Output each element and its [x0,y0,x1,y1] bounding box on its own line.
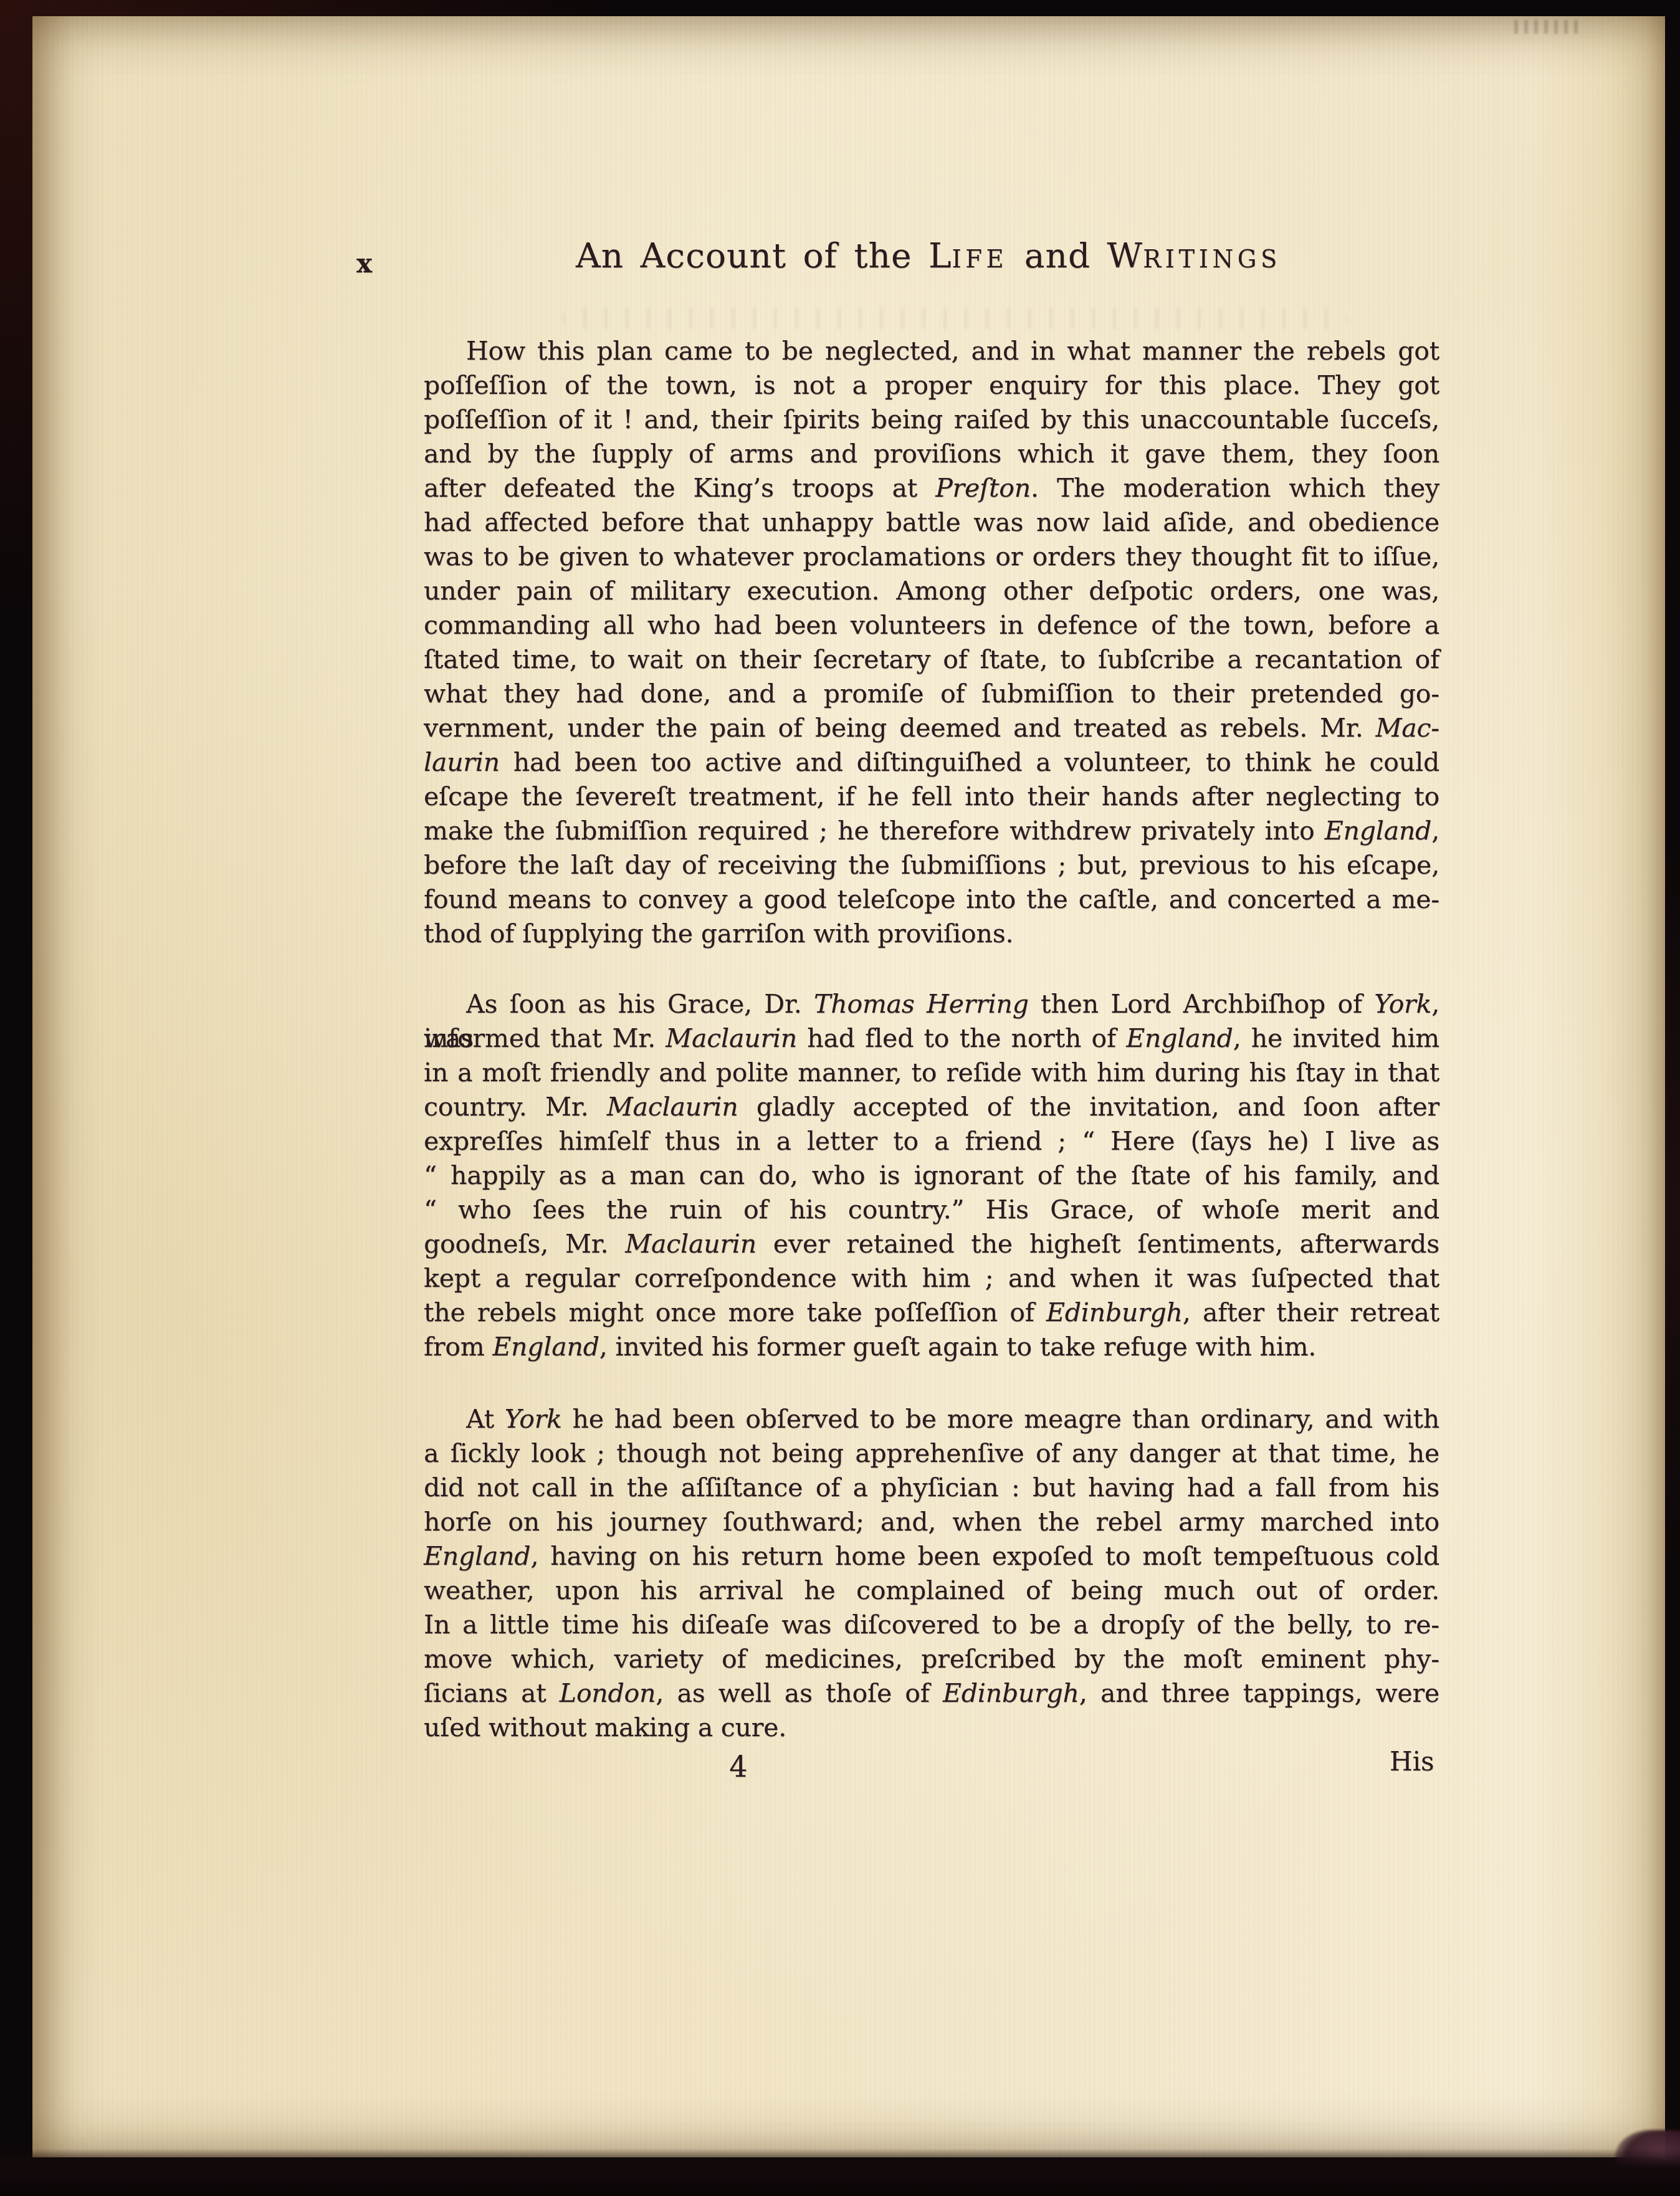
italic-run: England [492,1332,599,1362]
text-line: As ſoon as his Grace, Dr. Thomas Herring… [424,987,1439,1021]
text-run: found means to convey a good teleſcope i… [424,884,1439,914]
binding-corner-blotch [1615,2130,1680,2189]
text-run: had affected before that unhappy battle … [424,507,1439,537]
text-run: “ who ſees the ruin of his country.” His… [424,1195,1439,1225]
text-run: , as well as thoſe of [656,1678,943,1708]
text-run: then Lord Archbiſhop of [1029,989,1375,1019]
text-line: had affected before that unhappy battle … [424,505,1439,540]
smallcaps-run: RITINGS [1143,246,1281,274]
text-line: a ſickly look ; though not being apprehe… [424,1436,1439,1471]
text-line: and by the ſupply of arms and proviſions… [424,437,1439,471]
ink-ghosting [562,308,1347,329]
text-line: the rebels might once more take poſſeſſi… [424,1296,1439,1330]
italic-run: Maclaurin [625,1229,756,1259]
text-line: England, having on his return home been … [424,1539,1439,1573]
text-line: found means to convey a good teleſcope i… [424,882,1439,917]
text-line: country. Mr. Maclaurin gladly accepted o… [424,1090,1439,1124]
text-run: before the laſt day of receiving the ſub… [424,850,1439,880]
text-line: uſed without making a cure. [424,1711,1439,1745]
text-run: weather, upon his arrival he complained … [424,1575,1439,1605]
text-run: , [1431,816,1439,846]
smallcaps-run: IFE [952,246,1008,274]
text-line: commanding all who had been volunteers i… [424,608,1439,642]
text-run: move which, variety of medicines, preſcr… [424,1644,1439,1674]
text-line: did not call in the aſſiſtance of a phyſ… [424,1471,1439,1505]
text-run: he had been obſerved to be more meagre t… [562,1404,1439,1434]
text-run: , and three tappings, were [1079,1678,1439,1708]
text-run: , he invited him [1233,1023,1439,1053]
text-run: uſed without making a cure. [424,1712,786,1742]
italic-run: England [1126,1023,1233,1053]
text-run: How this plan came to be neglected, and … [466,336,1439,366]
text-run: goodneſs, Mr. [424,1229,625,1259]
text-line: eſcape the ſevereſt treatment, if he fel… [424,780,1439,814]
text-line: what they had done, and a promiſe of ſub… [424,677,1439,711]
text-run: and [1008,236,1107,275]
catchword: His [1390,1746,1434,1777]
paragraph: As ſoon as his Grace, Dr. Thomas Herring… [424,987,1439,1364]
text-run: the rebels might once more take poſſeſſi… [424,1297,1046,1327]
running-title: An Account of the LIFE and WRITINGS [576,236,1281,275]
text-line: vernment, under the pain of being deemed… [424,711,1439,745]
text-run: did not call in the aſſiſtance of a phyſ… [424,1473,1439,1502]
text-run: and by the ſupply of arms and proviſions… [424,439,1439,469]
italic-run: Preſton [935,473,1031,503]
italic-run: Mac- [1376,713,1439,743]
text-run: ſicians at [424,1678,560,1708]
text-run: In a little time his diſeaſe was diſcove… [424,1610,1439,1640]
text-run: after defeated the King’s troops at [424,473,935,503]
text-run: under pain of military execution. Among … [424,576,1439,606]
text-run: informed that Mr. [424,1023,666,1053]
text-run: in a moſt friendly and polite manner, to… [424,1057,1439,1087]
text-run: from [424,1332,492,1362]
text-run: L [928,236,952,275]
text-line: ſtated time, to wait on their ſecretary … [424,642,1439,677]
text-line: weather, upon his arrival he complained … [424,1573,1439,1608]
text-line: goodneſs, Mr. Maclaurin ever retained th… [424,1227,1439,1261]
text-line: before the laſt day of receiving the ſub… [424,848,1439,882]
scan-background: { "page": { "header": { "page_number": "… [0,0,1680,2196]
text-run: make the ſubmiſſion required ; he theref… [424,816,1325,846]
text-line: expreſſes himſelf thus in a letter to a … [424,1124,1439,1158]
italic-run: Maclaurin [607,1092,738,1122]
text-line: after defeated the King’s troops at Preſ… [424,471,1439,505]
text-run: , invited his former gueſt again to take… [599,1332,1316,1362]
text-line: At York he had been obſerved to be more … [424,1402,1439,1436]
text-run: expreſſes himſelf thus in a letter to a … [424,1126,1439,1156]
text-run: ever retained the higheſt ſentiments, af… [756,1229,1439,1259]
text-line: laurin had been too active and diſtingui… [424,745,1439,780]
text-run: country. Mr. [424,1092,607,1122]
text-run: had fled to the north of [797,1023,1126,1053]
text-line: In a little time his diſeaſe was diſcove… [424,1608,1439,1642]
text-run: As ſoon as his Grace, Dr. [466,989,814,1019]
italic-run: Edinburgh [1046,1297,1183,1327]
text-line: horſe on his journey ſouthward; and, whe… [424,1505,1439,1539]
text-run: vernment, under the pain of being deemed… [424,713,1376,743]
text-run: , after their retreat [1183,1297,1439,1327]
text-run: . The moderation which they [1031,473,1439,503]
italic-run: York [1374,989,1431,1019]
text-run: thod of ſupplying the garriſon with prov… [424,919,1013,948]
text-run: eſcape the ſevereſt treatment, if he fel… [424,781,1439,811]
text-line: from England, invited his former gueſt a… [424,1330,1439,1364]
text-run: At [466,1404,505,1434]
text-run: “ happily as a man can do, who is ignora… [424,1160,1439,1190]
text-run: poſſeſſion of the town, is not a proper … [424,370,1439,400]
italic-run: Thomas Herring [814,989,1029,1019]
text-run: ſtated time, to wait on their ſecretary … [424,644,1439,674]
text-line: in a moſt friendly and polite manner, to… [424,1056,1439,1090]
text-run: a ſickly look ; though not being apprehe… [424,1438,1439,1468]
page-number: 4 [710,1750,766,1783]
italic-run: laurin [424,747,500,777]
text-run: poſſeſſion of it ! and, their ſpirits be… [424,404,1439,434]
text-line: was to be given to whatever proclamation… [424,540,1439,574]
text-line: poſſeſſion of the town, is not a proper … [424,368,1439,403]
scan-smudge [1514,20,1583,34]
book-page: x An Account of the LIFE and WRITINGS Ho… [32,16,1665,2157]
text-line: make the ſubmiſſion required ; he theref… [424,814,1439,848]
text-line: kept a regular correſpondence with him ;… [424,1261,1439,1296]
text-line: thod of ſupplying the garriſon with prov… [424,917,1439,951]
text-run: , having on his return home been expoſed… [530,1541,1439,1571]
page-number-roman: x [356,248,373,279]
italic-run: England [424,1541,530,1571]
text-line: move which, variety of medicines, preſcr… [424,1642,1439,1676]
italic-run: London [560,1678,656,1708]
text-line: poſſeſſion of it ! and, their ſpirits be… [424,403,1439,437]
text-line: “ who ſees the ruin of his country.” His… [424,1193,1439,1227]
paragraph: How this plan came to be neglected, and … [424,334,1439,951]
text-run: W [1107,236,1143,275]
text-run: An Account of the [576,236,928,275]
text-line: under pain of military execution. Among … [424,574,1439,608]
text-run: was to be given to whatever proclamation… [424,542,1439,571]
text-run: horſe on his journey ſouthward; and, whe… [424,1507,1439,1537]
text-line: “ happily as a man can do, who is ignora… [424,1158,1439,1193]
text-run: kept a regular correſpondence with him ;… [424,1263,1439,1293]
text-run: commanding all who had been volunteers i… [424,610,1439,640]
text-run: what they had done, and a promiſe of ſub… [424,679,1439,709]
italic-run: York [505,1404,562,1434]
text-run: gladly accepted of the invitation, and ſ… [738,1092,1439,1122]
text-run: had been too active and diſtinguiſhed a … [500,747,1439,777]
italic-run: England [1325,816,1431,846]
italic-run: Edinburgh [943,1678,1079,1708]
text-line: ſicians at London, as well as thoſe of E… [424,1676,1439,1711]
paragraph: At York he had been obſerved to be more … [424,1402,1439,1745]
text-line: How this plan came to be neglected, and … [424,334,1439,368]
text-line: informed that Mr. Maclaurin had fled to … [424,1021,1439,1056]
italic-run: Maclaurin [666,1023,797,1053]
